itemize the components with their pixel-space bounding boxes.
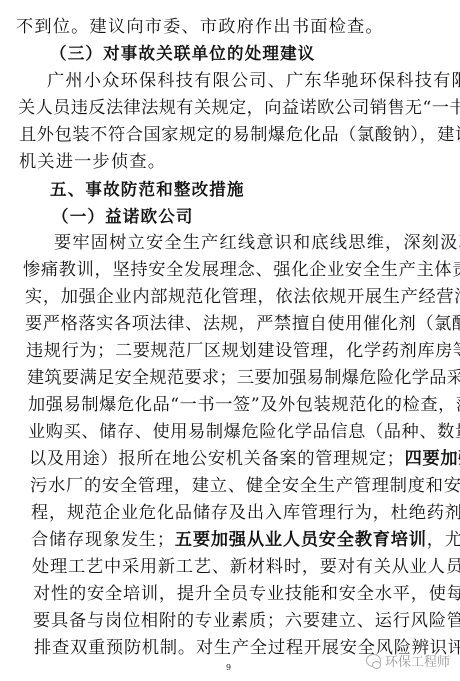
text-line: 要牢固树立安全生产红线意识和底线思维，深刻汲取事故的 (54, 233, 460, 253)
text-span: 合储存现象发生； (31, 530, 175, 550)
text-line: 惨痛教训，坚持安全发展理念、强化企业安全生产主体责任的落 (23, 260, 460, 280)
text-line: 程，规范企业危化品储存及出入库管理行为，杜绝药剂、物料混 (31, 503, 460, 523)
text-span: ，尤其在污水 (427, 530, 460, 550)
text-line: 要具备与岗位相附的专业素质；六要建立、运行风险管控和隐患 (33, 611, 460, 631)
text-line: 广州小众环保科技有限公司、广东华驰环保科技有限公司相 (47, 71, 460, 91)
text-line: 对性的安全培训，提升全员专业技能和安全水平，使每个员工都 (33, 584, 460, 604)
text-line-mixed: 以及用途）报所在地公安机关备案的管理规定；四要加强对碧波 (29, 449, 460, 469)
text-span: 以及用途）报所在地公安机关备案的管理规定； (29, 449, 405, 469)
bold-text-span: 五要加强从业人员安全教育培训 (175, 530, 427, 550)
text-line: 污水厂的安全管理，建立、健全安全生产管理制度和安全操作规 (30, 476, 460, 496)
text-line: 业购买、储存、使用易制爆危险化学品信息（品种、数量、流向 (28, 422, 460, 442)
text-line: 且外包装不符合国家规定的易制爆危化品（氯酸钠），建议公安 (19, 125, 460, 145)
text-line: 违规行为；二要规范厂区规划建设管理，化学药剂库房等功能性 (26, 341, 460, 361)
text-line: 机关进一步侦查。 (19, 152, 166, 172)
document-page: 不到位。建议向市委、市政府作出书面检查。 （三）对事故关联单位的处理建议 广州小… (0, 0, 460, 681)
text-line: 不到位。建议向市委、市政府作出书面检查。 (16, 17, 384, 37)
text-line: 要严格落实各项法律、法规，严禁擅自使用催化剂（氯酸钠）等 (25, 314, 460, 334)
text-line: 加强易制爆危化品“一书一签”及外包装规范化的检查，落实企 (28, 395, 460, 415)
text-line: 处理工艺中采用新工艺、新材料时，要对有关从业人员进行有针 (32, 557, 460, 577)
watermark: 环保工程师 (366, 651, 450, 670)
text-line: 关人员违反法律法规有关规定，向益诺欧公司销售无“一书一签” (18, 98, 460, 118)
text-line: 建筑要满足安全规范要求；三要加强易制爆危险化学品采购管控， (27, 368, 460, 388)
section-heading: （三）对事故关联单位的处理建议 (50, 44, 316, 64)
text-line-mixed: 合储存现象发生；五要加强从业人员安全教育培训，尤其在污水 (31, 530, 460, 550)
subsection-heading: （一）益诺欧公司 (52, 207, 194, 227)
watermark-text: 环保工程师 (385, 651, 450, 670)
section-heading: 五、事故防范和整改措施 (50, 180, 245, 200)
page-number: 9 (226, 663, 231, 672)
text-line: 实，加强企业内部规范化管理，依法依规开展生产经营活动。一 (25, 287, 460, 307)
bold-text-span: 四要加强对碧波 (405, 449, 460, 469)
wechat-icon (366, 654, 381, 667)
